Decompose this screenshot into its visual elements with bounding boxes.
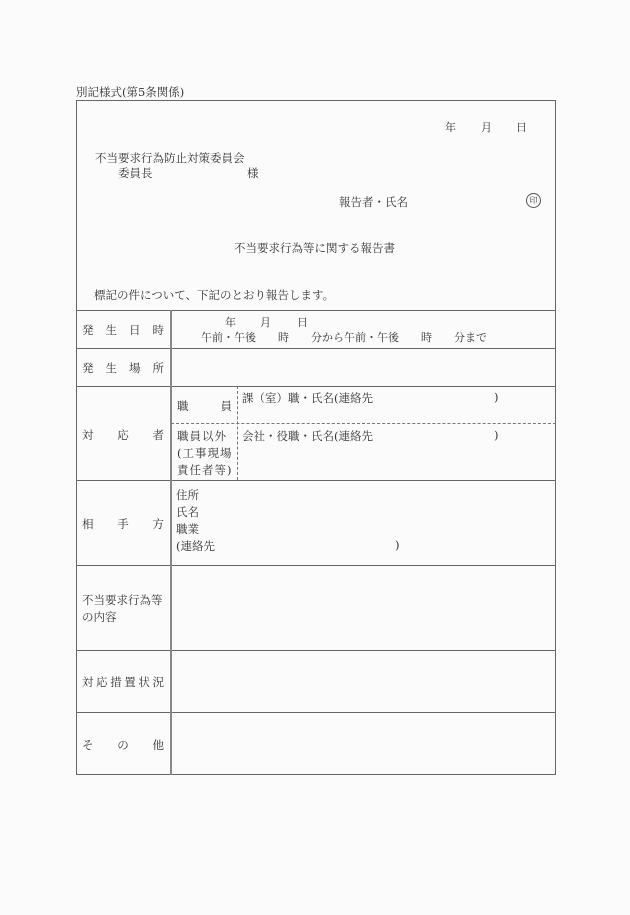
date-year-label: 年 — [445, 119, 456, 135]
sublabel-dashed-divider — [237, 386, 238, 480]
date-month-label: 月 — [481, 119, 492, 135]
label-occurrence-location: 発 生 場 所 — [82, 360, 164, 376]
label-response-measures: 対 応 措 置 状 況 — [82, 674, 164, 690]
label-improper-demand-details: 不当要求行為等 の内容 — [82, 592, 172, 626]
honorific-sama: 様 — [247, 165, 259, 181]
label-responder: 対 応 者 — [82, 427, 164, 443]
addressee-title: 委員長 — [118, 165, 153, 181]
other-field[interactable] — [172, 713, 555, 774]
label-counterparty: 相 手 方 — [82, 516, 164, 532]
label-occurrence-datetime: 発 生 日 時 — [82, 322, 164, 338]
form-caption: 別記様式(第5条関係) — [76, 84, 184, 100]
sublabel-non-staff: 職員以外 (工事現場 責任者等) — [177, 428, 237, 479]
date-day-label: 日 — [516, 119, 527, 135]
sublabel-staff: 職 員 — [177, 398, 232, 414]
occurrence-location-field[interactable] — [172, 349, 555, 385]
improper-demand-details-field[interactable] — [172, 566, 555, 649]
addressee-organization: 不当要求行為防止対策委員会 — [95, 150, 245, 166]
non-staff-responder-field[interactable] — [239, 424, 555, 479]
reporter-name-label: 報告者・氏名 — [339, 194, 408, 210]
staff-responder-field[interactable] — [239, 387, 555, 422]
response-measures-field[interactable] — [172, 651, 555, 711]
counterparty-field[interactable] — [210, 481, 555, 564]
seal-icon: 印 — [526, 193, 541, 208]
document-title: 不当要求行為等に関する報告書 — [234, 240, 395, 256]
occurrence-datetime-field[interactable] — [172, 311, 555, 347]
intro-text: 標記の件について、下記のとおり報告します。 — [94, 287, 334, 303]
label-other: そ の 他 — [82, 737, 164, 753]
